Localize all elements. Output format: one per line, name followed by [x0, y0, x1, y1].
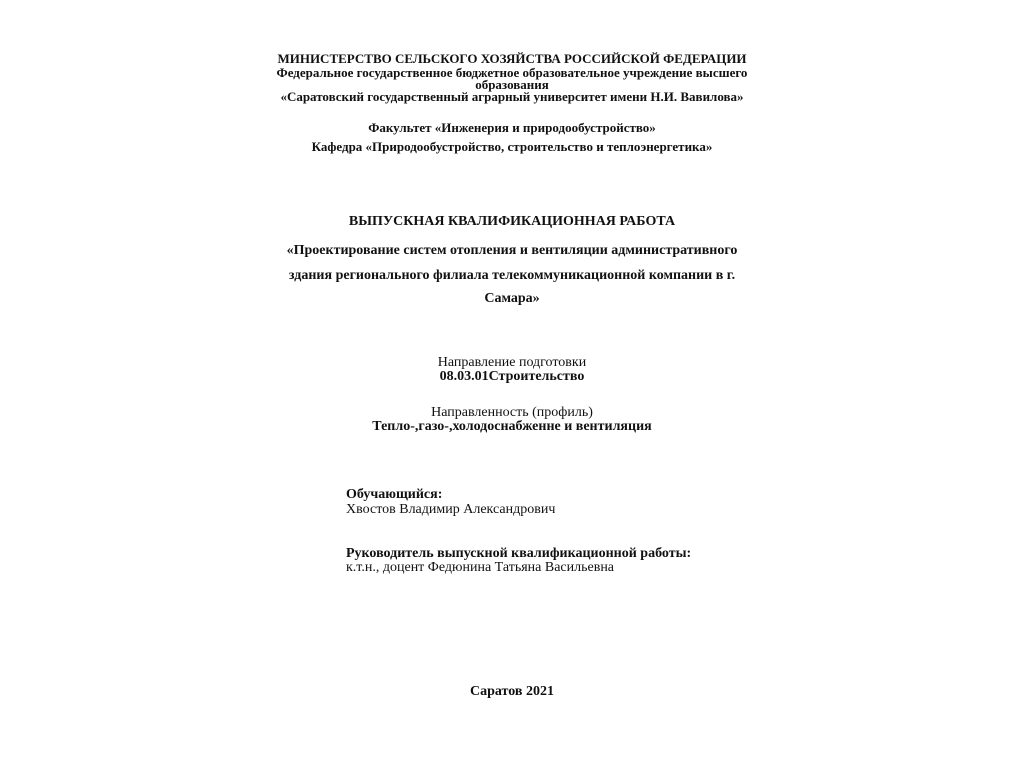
profile-value: Тепло-,газо-,холодоснабженне и вентиляци… [0, 420, 1024, 434]
student-name: Хвостов Владимир Александрович [346, 503, 555, 517]
faculty-name: Факультет «Инженерия и природообустройст… [0, 121, 1024, 134]
supervisor-label: Руководитель выпускной квалификационной … [346, 547, 691, 561]
profile-label: Направленность (профиль) [0, 406, 1024, 420]
title-page: МИНИСТЕРСТВО СЕЛЬСКОГО ХОЗЯЙСТВА РОССИЙС… [0, 0, 1024, 768]
department-name: Кафедра «Природообустройство, строительс… [0, 140, 1024, 153]
topic-line-1: «Проектирование систем отопления и венти… [0, 244, 1024, 258]
topic-line-3: Самара» [0, 292, 1024, 306]
city-year: Саратов 2021 [0, 685, 1024, 699]
ministry-heading: МИНИСТЕРСТВО СЕЛЬСКОГО ХОЗЯЙСТВА РОССИЙС… [0, 52, 1024, 65]
student-label: Обучающийся: [346, 488, 442, 502]
university-name: «Саратовский государственный аграрный ун… [0, 90, 1024, 103]
work-type-heading: ВЫПУСКНАЯ КВАЛИФИКАЦИОННАЯ РАБОТА [0, 215, 1024, 229]
topic-line-2: здания регионального филиала телекоммуни… [0, 269, 1024, 283]
supervisor-name: к.т.н., доцент Федюнина Татьяна Васильев… [346, 561, 614, 575]
direction-label: Направление подготовки [0, 356, 1024, 370]
direction-value: 08.03.01Строительство [0, 370, 1024, 384]
